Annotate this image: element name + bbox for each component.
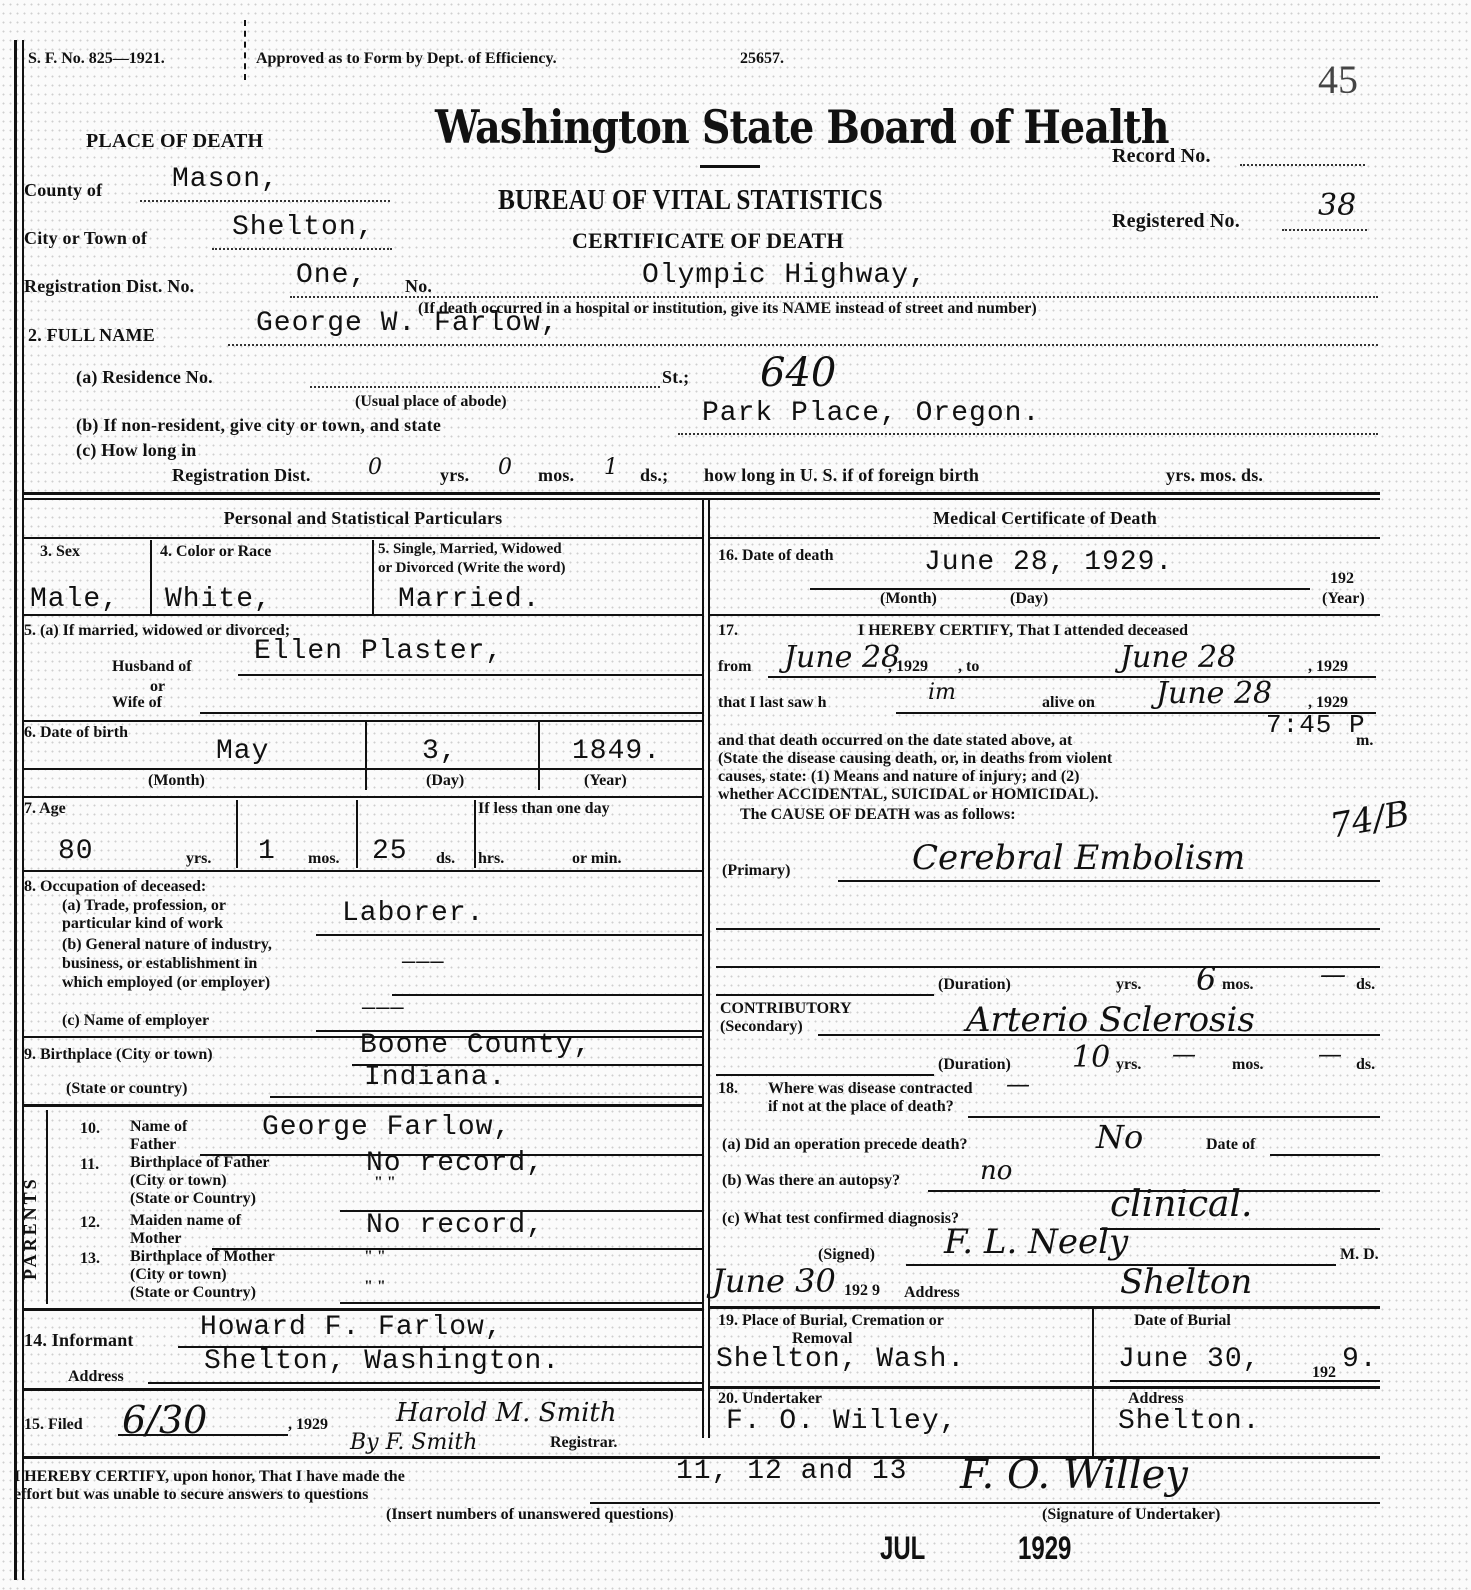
father-label-1: Name of: [130, 1118, 187, 1136]
dob-divider-1: [365, 720, 367, 790]
dod-month-caption: (Month): [880, 590, 937, 608]
informant-address-label: Address: [68, 1368, 124, 1386]
record-no-label: Record No.: [1112, 145, 1211, 168]
sex-divider: [150, 540, 152, 614]
employer-value[interactable]: ———: [362, 996, 405, 1021]
dob-day-caption: (Day): [426, 772, 464, 790]
age-divider-1: [236, 800, 238, 868]
county-line: [140, 200, 390, 202]
certificate-heading: CERTIFICATE OF DEATH: [572, 228, 844, 254]
reg-dist-value[interactable]: One,: [296, 260, 367, 291]
test-label: (c) What test confirmed diagnosis?: [722, 1210, 959, 1228]
marital-value[interactable]: Married.: [398, 584, 540, 615]
contrib-ds-label: ds.: [1356, 1056, 1375, 1074]
age-mos-label: mos.: [308, 850, 340, 868]
address-value[interactable]: Shelton: [1120, 1262, 1252, 1302]
mother-bp-label-3: (State or Country): [130, 1284, 256, 1302]
street-value[interactable]: Olympic Highway,: [642, 260, 927, 291]
race-value[interactable]: White,: [165, 584, 272, 615]
signature-caption: (Signature of Undertaker): [1042, 1506, 1220, 1524]
trade-label-1: (a) Trade, profession, or: [62, 897, 226, 915]
form-number: S. F. No. 825—1921.: [28, 50, 165, 68]
to-value[interactable]: June 28: [1120, 640, 1236, 675]
from-value[interactable]: June 28: [784, 640, 900, 675]
contracted-num: 18.: [718, 1080, 738, 1098]
informant-label: 14. Informant: [24, 1330, 134, 1351]
burial-date-label: Date of Burial: [1134, 1312, 1231, 1330]
dob-line: [24, 768, 702, 770]
mother-value[interactable]: No record,: [366, 1210, 544, 1241]
contrib-duration-line: [716, 1074, 934, 1076]
primary-duration-line: [716, 994, 934, 996]
mother-line: [212, 1248, 702, 1250]
how-long-yrs-label: yrs.: [440, 465, 469, 486]
burial-date-line: [1110, 1380, 1380, 1382]
street-no-label: No.: [405, 276, 432, 297]
row-rule-2: [24, 720, 702, 722]
from-year: , 1929: [888, 658, 928, 676]
mother-bp-num: 13.: [80, 1250, 100, 1268]
filed-label: 15. Filed: [24, 1416, 83, 1434]
registered-no-value[interactable]: 38: [1318, 188, 1356, 223]
sex-value[interactable]: Male,: [30, 584, 119, 615]
age-label: 7. Age: [24, 800, 66, 818]
row-rule-3: [24, 796, 702, 798]
contrib-ds-value[interactable]: —: [1318, 1040, 1342, 1068]
from-label: from: [718, 658, 751, 676]
place-of-death-heading: PLACE OF DEATH: [86, 130, 263, 153]
burial-year-suffix[interactable]: 9.: [1342, 1344, 1378, 1375]
test-value[interactable]: clinical.: [1110, 1184, 1252, 1225]
time-label: and that death occurred on the date stat…: [718, 732, 1072, 750]
primary-line: [838, 880, 1380, 882]
insert-note: (Insert numbers of unanswered questions): [386, 1506, 674, 1524]
death-certificate-page: S. F. No. 825—1921. Approved as to Form …: [0, 0, 1471, 1590]
left-border: [14, 40, 17, 1580]
nonresident-line: [678, 433, 1378, 435]
time-suffix: m.: [1356, 732, 1373, 750]
dob-divider-2: [538, 720, 540, 790]
approval-number: 25657.: [740, 50, 784, 68]
abode-note: (Usual place of abode): [355, 393, 507, 411]
page-number: 45: [1318, 56, 1358, 103]
signed-value[interactable]: F. L. Neely: [944, 1222, 1128, 1262]
birthplace-city-value[interactable]: Boone County,: [360, 1030, 591, 1061]
primary-yrs-label: yrs.: [1116, 976, 1141, 994]
burial-divider: [1092, 1308, 1094, 1458]
parents-side-label: PARENTS: [20, 1140, 41, 1280]
medical-rule: [710, 537, 1380, 539]
test-line: [1100, 1228, 1380, 1230]
row-rule-4: [24, 870, 702, 872]
less-than-day-label: If less than one day: [478, 800, 610, 818]
husband-line: [238, 674, 702, 676]
residence-label: (a) Residence No.: [76, 367, 213, 388]
father-bp-num: 11.: [80, 1156, 99, 1174]
primary-line-2: [716, 928, 1380, 930]
reg-dist-how-long-label: Registration Dist.: [172, 465, 311, 486]
dod-value[interactable]: June 28, 1929.: [924, 547, 1173, 578]
cert-num: 17.: [718, 622, 738, 640]
contrib-duration-label: (Duration): [938, 1056, 1011, 1074]
birthplace-state-line: [270, 1096, 702, 1098]
contrib-label-2: (Secondary): [720, 1018, 803, 1036]
dod-year-caption: (Year): [1322, 590, 1365, 608]
wife-line[interactable]: [200, 712, 702, 714]
birthplace-state-label: (State or country): [66, 1080, 187, 1098]
age-ds-value[interactable]: 25: [372, 836, 408, 867]
industry-line: [392, 994, 702, 996]
wife-label: Wife of: [112, 694, 162, 712]
trade-value[interactable]: Laborer.: [342, 898, 484, 929]
city-line: [212, 248, 392, 250]
burial-place-label-1: 19. Place of Burial, Cremation or: [718, 1312, 944, 1330]
how-long-yrs-value[interactable]: 0: [368, 455, 382, 480]
section-rule-top: [24, 492, 1380, 495]
filed-line: [118, 1434, 288, 1436]
how-long-ds-value[interactable]: 1: [604, 455, 618, 480]
birthplace-label: 9. Birthplace (City or town): [24, 1046, 213, 1064]
row-rule-1: [24, 614, 702, 616]
husband-label: Husband of: [112, 658, 192, 676]
age-divider-2: [356, 800, 358, 868]
undertaker-signature: F. O. Willey: [960, 1452, 1188, 1498]
foreign-birth-tail: yrs. mos. ds.: [1166, 465, 1263, 486]
medical-row-rule-1: [710, 614, 1380, 616]
race-divider: [372, 540, 374, 614]
column-divider: [702, 498, 704, 1438]
primary-mos-label: mos.: [1222, 976, 1254, 994]
informant-address-line: [148, 1382, 702, 1384]
trade-line: [316, 934, 702, 936]
last-saw-value[interactable]: im: [928, 680, 956, 705]
registered-no-label: Registered No.: [1112, 210, 1240, 233]
how-long-mos-value[interactable]: 0: [498, 455, 512, 480]
personal-heading: Personal and Statistical Particulars: [24, 508, 702, 529]
county-label: County of: [24, 180, 102, 201]
row-rule-6: [24, 1104, 702, 1107]
father-bp-label-2: (City or town): [130, 1172, 227, 1190]
dod-day-caption: (Day): [1010, 590, 1048, 608]
father-bp-label-3: (State or Country): [130, 1190, 256, 1208]
birthplace-state-value[interactable]: Indiana.: [364, 1062, 506, 1093]
board-title: Washington State Board of Health: [435, 100, 1169, 154]
primary-line-3: [716, 966, 1380, 968]
autopsy-label: (b) Was there an autopsy?: [722, 1172, 900, 1190]
contracted-value[interactable]: —: [1006, 1070, 1030, 1098]
trade-label-2: particular kind of work: [62, 915, 223, 933]
contrib-label-1: CONTRIBUTORY: [720, 1000, 852, 1018]
foreign-birth-label: how long in U. S. if of foreign birth: [704, 465, 979, 486]
residence-value[interactable]: 640: [760, 350, 836, 396]
registered-no-line: [1282, 229, 1367, 231]
nonresident-value[interactable]: Park Place, Oregon.: [702, 398, 1040, 429]
sex-label: 3. Sex: [40, 543, 80, 561]
burial-place-value[interactable]: Shelton, Wash.: [716, 1344, 965, 1375]
contrib-mos-value[interactable]: —: [1172, 1040, 1196, 1068]
certify-line-1: I HEREBY CERTIFY, upon honor, That I hav…: [14, 1468, 405, 1486]
parents-divider: [46, 1110, 48, 1304]
alive-value[interactable]: June 28: [1156, 676, 1272, 711]
bureau-heading: BUREAU OF VITAL STATISTICS: [498, 185, 883, 217]
from-to-line: [768, 676, 1376, 678]
unanswered-line: [590, 1502, 1380, 1504]
contrib-line: [818, 1034, 1380, 1036]
primary-value[interactable]: Cerebral Embolism: [912, 838, 1245, 878]
medical-heading: Medical Certificate of Death: [710, 508, 1380, 529]
burial-date-value[interactable]: June 30,: [1118, 1344, 1260, 1375]
nonresident-label: (b) If non-resident, give city or town, …: [76, 415, 441, 436]
city-value[interactable]: Shelton,: [232, 212, 374, 243]
dob-day[interactable]: 3,: [422, 736, 458, 767]
autopsy-value[interactable]: no: [980, 1156, 1012, 1186]
dod-label: 16. Date of death: [718, 547, 834, 565]
time-value[interactable]: 7:45 P: [1266, 710, 1366, 740]
received-stamp-month: JUL: [880, 1530, 925, 1567]
full-name-value[interactable]: George W. Farlow,: [256, 308, 559, 339]
md-label: M. D.: [1340, 1246, 1379, 1264]
father-value[interactable]: George Farlow,: [262, 1112, 511, 1143]
undertaker-value[interactable]: F. O. Willey,: [726, 1406, 957, 1437]
mother-num: 12.: [80, 1214, 100, 1232]
primary-mos-value[interactable]: 6: [1196, 960, 1216, 998]
to-year: , 1929: [1308, 658, 1348, 676]
certify-line-2: effort but was unable to secure answers …: [14, 1486, 368, 1504]
undertaker-address-value[interactable]: Shelton.: [1118, 1406, 1260, 1437]
contrib-yrs-value[interactable]: 10: [1072, 1040, 1110, 1075]
cause-heading: The CAUSE OF DEATH was as follows:: [740, 806, 1016, 824]
unanswered-questions[interactable]: 11, 12 and 13: [676, 1456, 907, 1487]
occupation-label: 8. Occupation of deceased:: [24, 878, 206, 896]
informant-value[interactable]: Howard F. Farlow,: [200, 1312, 503, 1343]
county-value[interactable]: Mason,: [172, 164, 279, 195]
signed-date[interactable]: June 30: [712, 1262, 836, 1300]
signed-year: 192 9: [844, 1282, 880, 1300]
operation-value[interactable]: No: [1096, 1118, 1143, 1156]
informant-address-value[interactable]: Shelton, Washington.: [204, 1346, 560, 1377]
received-stamp-year: 1929: [1018, 1530, 1071, 1567]
father-bp-label-1: Birthplace of Father: [130, 1154, 270, 1172]
min-label: or min.: [572, 850, 621, 868]
dob-month-caption: (Month): [148, 772, 205, 790]
primary-ds-value[interactable]: —: [1320, 960, 1346, 990]
registrar-by: By F. Smith: [350, 1430, 477, 1455]
approval-text: Approved as to Form by Dept. of Efficien…: [256, 50, 557, 68]
personal-rule: [24, 537, 702, 539]
race-label: 4. Color or Race: [160, 543, 271, 561]
to-label: , to: [958, 658, 979, 676]
contrib-mos-label: mos.: [1232, 1056, 1264, 1074]
date-of-line[interactable]: [1270, 1154, 1380, 1156]
full-name-line: [228, 344, 1378, 346]
residence-line: [310, 386, 660, 388]
father-label-2: Father: [130, 1136, 176, 1154]
mother-bp-ditto-2: " ": [364, 1278, 386, 1296]
age-yrs-value[interactable]: 80: [58, 836, 94, 867]
age-mos-value[interactable]: 1: [258, 836, 276, 867]
industry-label-3: which employed (or employer): [62, 974, 270, 992]
father-num: 10.: [80, 1120, 100, 1138]
instruction-2: causes, state: (1) Means and nature of i…: [718, 768, 1079, 786]
mother-label-1: Maiden name of: [130, 1212, 241, 1230]
address-label: Address: [904, 1284, 960, 1302]
how-long-ds-label: ds.;: [640, 465, 668, 486]
dob-year-caption: (Year): [584, 772, 627, 790]
primary-duration-label: (Duration): [938, 976, 1011, 994]
husband-value[interactable]: Ellen Plaster,: [254, 636, 503, 667]
industry-label-2: business, or establishment in: [62, 955, 257, 973]
father-bp-ditto: " ": [374, 1174, 396, 1192]
primary-ds-label: ds.: [1356, 976, 1375, 994]
title-rule: [700, 165, 760, 168]
how-long-mos-label: mos.: [538, 465, 574, 486]
mother-bp-label-1: Birthplace of Mother: [130, 1248, 275, 1266]
medical-row-rule-2: [710, 1306, 1380, 1309]
dod-192: 192: [1330, 570, 1354, 588]
contrib-yrs-label: yrs.: [1116, 1056, 1141, 1074]
medical-row-rule-3: [710, 1386, 1380, 1389]
primary-label: (Primary): [722, 862, 790, 880]
date-of-label: Date of: [1206, 1136, 1255, 1154]
dob-month[interactable]: May: [216, 736, 269, 767]
registrar-signature: Harold M. Smith: [396, 1398, 617, 1428]
industry-value[interactable]: ———: [402, 950, 445, 975]
employer-label: (c) Name of employer: [62, 1012, 209, 1030]
header-divider: [244, 20, 246, 80]
full-name-label: 2. FULL NAME: [28, 325, 155, 346]
code-mark: 74/B: [1327, 793, 1412, 846]
dob-year[interactable]: 1849.: [572, 736, 661, 767]
instruction-1: (State the disease causing death, or, in…: [718, 750, 1112, 768]
spouse-label: 5. (a) If married, widowed or divorced;: [24, 622, 290, 640]
operation-label: (a) Did an operation precede death?: [722, 1136, 967, 1154]
contracted-label-2: if not at the place of death?: [768, 1098, 954, 1116]
row-rule-7: [24, 1308, 702, 1311]
contracted-label-1: Where was disease contracted: [768, 1080, 973, 1098]
mother-bp-line: [340, 1302, 702, 1304]
filed-year: , 1929: [288, 1416, 328, 1434]
instruction-3: whether ACCIDENTAL, SUICIDAL or HOMICIDA…: [718, 786, 1098, 804]
age-yrs-label: yrs.: [186, 850, 211, 868]
age-divider-3: [474, 800, 476, 868]
record-no-field[interactable]: [1240, 164, 1365, 166]
hrs-label: hrs.: [478, 850, 504, 868]
marital-label-2: or Divorced (Write the word): [378, 560, 565, 577]
last-saw-label: that I last saw h: [718, 694, 826, 712]
how-long-label: (c) How long in: [76, 440, 197, 461]
street-line: [290, 296, 1378, 298]
reg-dist-label: Registration Dist. No.: [24, 276, 194, 297]
marital-label-1: 5. Single, Married, Widowed: [378, 541, 562, 558]
registrar-label: Registrar.: [550, 1434, 617, 1452]
age-ds-label: ds.: [436, 850, 455, 868]
residence-st-label: St.;: [662, 367, 689, 388]
row-rule-8: [24, 1388, 702, 1391]
city-label: City or Town of: [24, 228, 147, 249]
industry-label-1: (b) General nature of industry,: [62, 936, 272, 954]
column-divider-2: [708, 498, 710, 1438]
mother-bp-ditto-1: " ": [364, 1248, 386, 1266]
alive-label: alive on: [1042, 694, 1095, 712]
contracted-line: [968, 1116, 1380, 1118]
cert-text: I HEREBY CERTIFY, That I attended deceas…: [858, 622, 1188, 640]
dob-label: 6. Date of birth: [24, 724, 128, 742]
mother-label-2: Mother: [130, 1230, 182, 1248]
mother-bp-label-2: (City or town): [130, 1266, 227, 1284]
